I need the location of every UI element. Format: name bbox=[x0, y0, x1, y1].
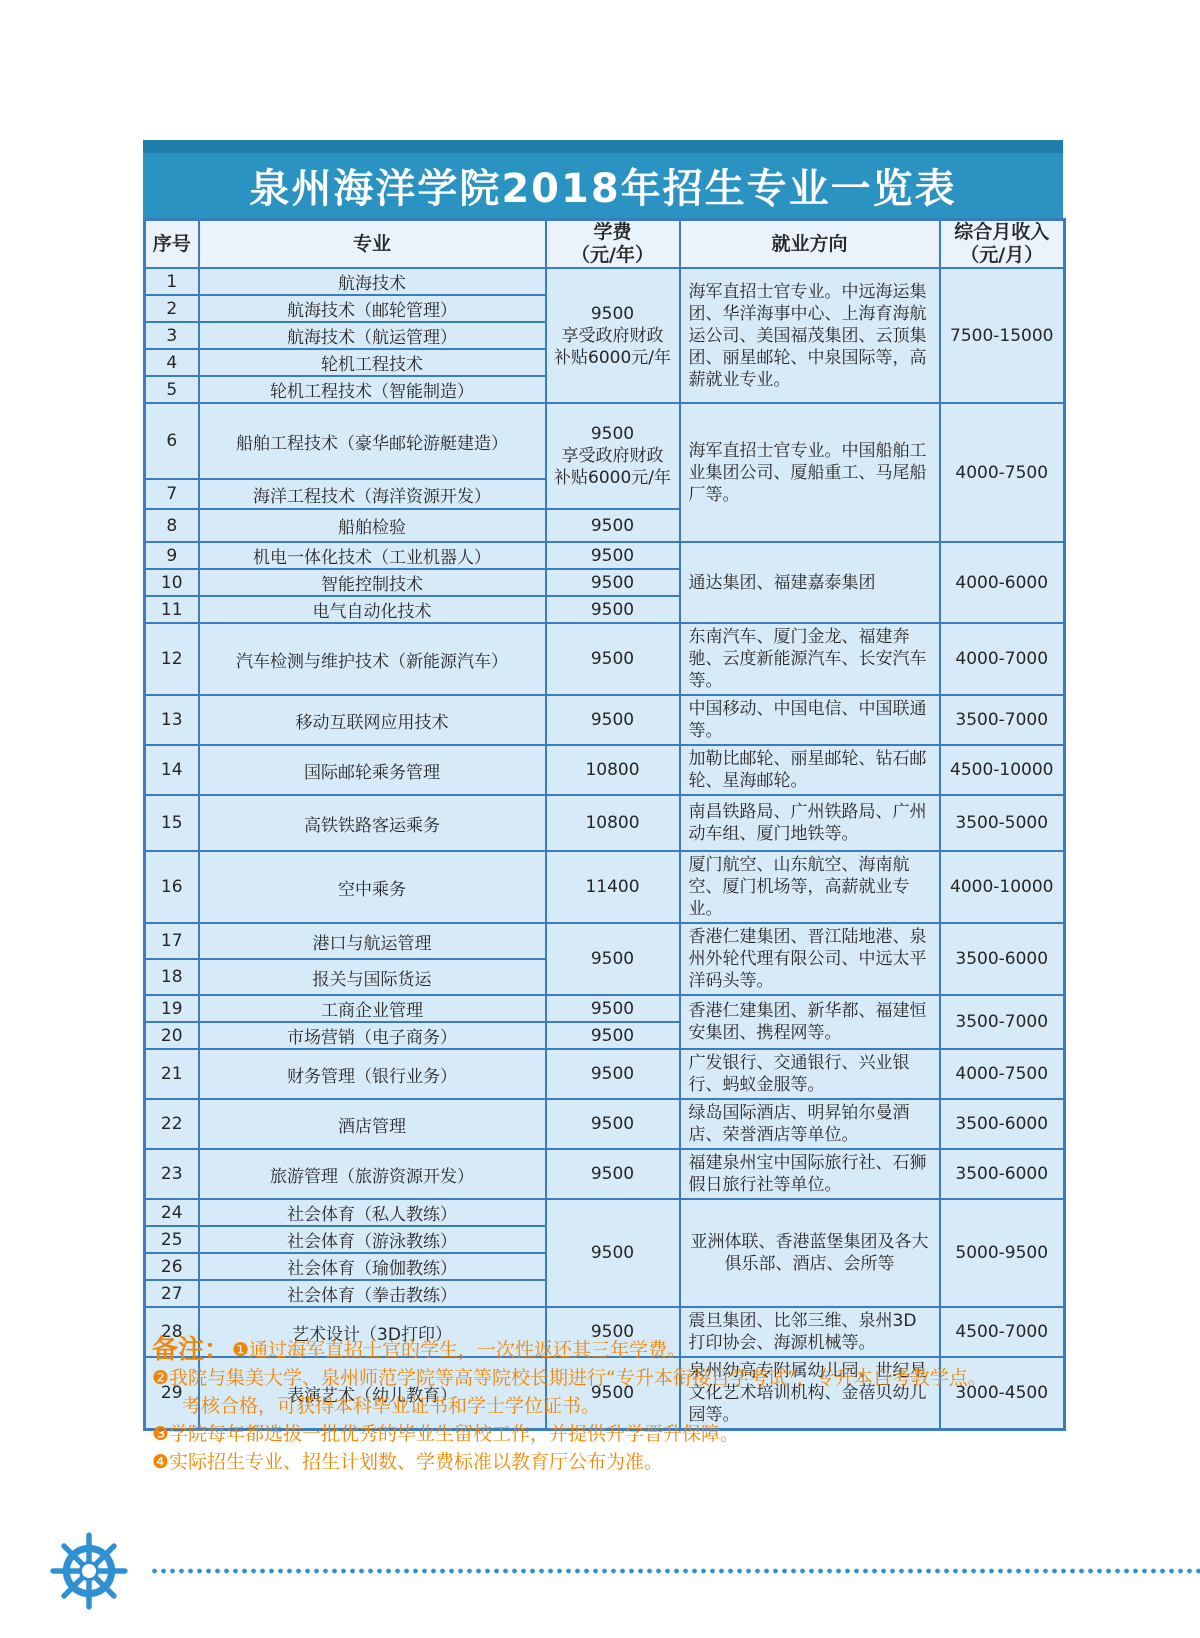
row-no: 19 bbox=[145, 995, 199, 1022]
header-major: 专业 bbox=[199, 220, 546, 269]
major-cell: 国际邮轮乘务管理 bbox=[199, 745, 546, 795]
header-no: 序号 bbox=[145, 220, 199, 269]
tuition-cell: 9500 bbox=[546, 1099, 680, 1149]
row-no: 18 bbox=[145, 959, 199, 995]
table-row: 23 旅游管理（旅游资源开发） 9500 福建泉州宝中国际旅行社、石狮假日旅行社… bbox=[145, 1149, 1065, 1199]
employment-cell: 通达集团、福建嘉泰集团 bbox=[680, 542, 940, 623]
row-no: 22 bbox=[145, 1099, 199, 1149]
note-line-3: ❸学院每年都选拔一批优秀的毕业生留校工作，并提供升学晋升保障。 bbox=[152, 1420, 1052, 1448]
tuition-cell: 9500 享受政府财政 补贴6000元/年 bbox=[546, 403, 680, 509]
note-line-2-continued: 考核合格，可获得本科毕业证书和学士学位证书。 bbox=[152, 1392, 1052, 1420]
row-no: 26 bbox=[145, 1253, 199, 1280]
page-title: 泉州海洋学院2018年招生专业一览表 bbox=[143, 153, 1063, 218]
table-row: 19 工商企业管理 9500 香港仁建集团、新华都、福建恒安集团、携程网等。 3… bbox=[145, 995, 1065, 1022]
major-cell: 海洋工程技术（海洋资源开发） bbox=[199, 479, 546, 509]
employment-cell: 亚洲体联、香港蓝堡集团及各大俱乐部、酒店、会所等 bbox=[680, 1199, 940, 1307]
row-no: 24 bbox=[145, 1199, 199, 1226]
row-no: 3 bbox=[145, 322, 199, 349]
income-cell: 4000-6000 bbox=[940, 542, 1065, 623]
table-row: 16 空中乘务 11400 厦门航空、山东航空、海南航空、厦门机场等，高薪就业专… bbox=[145, 851, 1065, 923]
row-no: 23 bbox=[145, 1149, 199, 1199]
table-row: 15 高铁铁路客运乘务 10800 南昌铁路局、广州铁路局、广州动车组、厦门地铁… bbox=[145, 795, 1065, 851]
employment-cell: 海军直招士官专业。中远海运集团、华洋海事中心、上海育海航运公司、美国福茂集团、云… bbox=[680, 268, 940, 403]
tuition-cell: 9500 bbox=[546, 1022, 680, 1049]
major-cell: 轮机工程技术 bbox=[199, 349, 546, 376]
income-cell: 3500-7000 bbox=[940, 995, 1065, 1049]
major-cell: 智能控制技术 bbox=[199, 569, 546, 596]
note-line-2: ❷我院与集美大学、泉州师范学院等高等院校长期进行“专升本衔接自学考试”，专升本自… bbox=[152, 1364, 1052, 1392]
employment-cell: 厦门航空、山东航空、海南航空、厦门机场等，高薪就业专业。 bbox=[680, 851, 940, 923]
tuition-cell: 9500 bbox=[546, 542, 680, 569]
notes-section: 备注： ❶通过海军直招士官的学生，一次性返还其三年学费。 ❷我院与集美大学、泉州… bbox=[152, 1336, 1052, 1476]
tuition-cell: 9500 bbox=[546, 923, 680, 995]
row-no: 5 bbox=[145, 376, 199, 403]
row-no: 14 bbox=[145, 745, 199, 795]
major-cell: 社会体育（瑜伽教练） bbox=[199, 1253, 546, 1280]
note-line-4: ❹实际招生专业、招生计划数、学费标准以教育厅公布为准。 bbox=[152, 1448, 1052, 1476]
major-cell: 社会体育（拳击教练） bbox=[199, 1280, 546, 1307]
major-cell: 航海技术（航运管理） bbox=[199, 322, 546, 349]
row-no: 17 bbox=[145, 923, 199, 959]
table-row: 22 酒店管理 9500 绿岛国际酒店、明昇铂尔曼酒店、荣誉酒店等单位。 350… bbox=[145, 1099, 1065, 1149]
header-row: 序号 专业 学费 （元/年） 就业方向 综合月收入 （元/月） bbox=[145, 220, 1065, 269]
row-no: 2 bbox=[145, 295, 199, 322]
tuition-cell: 9500 bbox=[546, 695, 680, 745]
employment-cell: 南昌铁路局、广州铁路局、广州动车组、厦门地铁等。 bbox=[680, 795, 940, 851]
note-text-1: ❶通过海军直招士官的学生，一次性返还其三年学费。 bbox=[232, 1336, 686, 1364]
major-cell: 航海技术（邮轮管理） bbox=[199, 295, 546, 322]
major-cell: 报关与国际货运 bbox=[199, 959, 546, 995]
table-row: 21 财务管理（银行业务） 9500 广发银行、交通银行、兴业银行、蚂蚁金服等。… bbox=[145, 1049, 1065, 1099]
income-cell: 4000-7000 bbox=[940, 623, 1065, 695]
employment-cell: 中国移动、中国电信、中国联通等。 bbox=[680, 695, 940, 745]
major-cell: 酒店管理 bbox=[199, 1099, 546, 1149]
tuition-cell: 10800 bbox=[546, 745, 680, 795]
tuition-cell: 9500 bbox=[546, 596, 680, 623]
header-income: 综合月收入 （元/月） bbox=[940, 220, 1065, 269]
row-no: 12 bbox=[145, 623, 199, 695]
row-no: 20 bbox=[145, 1022, 199, 1049]
employment-cell: 福建泉州宝中国际旅行社、石狮假日旅行社等单位。 bbox=[680, 1149, 940, 1199]
tuition-cell: 9500 bbox=[546, 995, 680, 1022]
major-cell: 旅游管理（旅游资源开发） bbox=[199, 1149, 546, 1199]
row-no: 15 bbox=[145, 795, 199, 851]
major-cell: 汽车检测与维护技术（新能源汽车） bbox=[199, 623, 546, 695]
tuition-cell: 9500 bbox=[546, 1199, 680, 1307]
income-cell: 4500-10000 bbox=[940, 745, 1065, 795]
major-cell: 社会体育（游泳教练） bbox=[199, 1226, 546, 1253]
tuition-cell: 11400 bbox=[546, 851, 680, 923]
employment-cell: 海军直招士官专业。中国船舶工业集团公司、厦船重工、马尾船厂等。 bbox=[680, 403, 940, 542]
major-cell: 高铁铁路客运乘务 bbox=[199, 795, 546, 851]
table-row: 17 港口与航运管理 9500 香港仁建集团、晋江陆地港、泉州外轮代理有限公司、… bbox=[145, 923, 1065, 959]
row-no: 16 bbox=[145, 851, 199, 923]
employment-cell: 东南汽车、厦门金龙、福建奔驰、云度新能源汽车、长安汽车等。 bbox=[680, 623, 940, 695]
income-cell: 4000-7500 bbox=[940, 403, 1065, 542]
row-no: 10 bbox=[145, 569, 199, 596]
tuition-cell: 9500 bbox=[546, 569, 680, 596]
table-row: 1 航海技术 9500 享受政府财政 补贴6000元/年 海军直招士官专业。中远… bbox=[145, 268, 1065, 295]
tuition-cell: 9500 bbox=[546, 1049, 680, 1099]
major-cell: 空中乘务 bbox=[199, 851, 546, 923]
major-cell: 财务管理（银行业务） bbox=[199, 1049, 546, 1099]
row-no: 7 bbox=[145, 479, 199, 509]
income-cell: 3500-6000 bbox=[940, 1149, 1065, 1199]
row-no: 6 bbox=[145, 403, 199, 479]
tuition-cell: 9500 bbox=[546, 1149, 680, 1199]
row-no: 8 bbox=[145, 509, 199, 542]
tuition-cell: 10800 bbox=[546, 795, 680, 851]
employment-cell: 香港仁建集团、新华都、福建恒安集团、携程网等。 bbox=[680, 995, 940, 1049]
employment-cell: 加勒比邮轮、丽星邮轮、钻石邮轮、星海邮轮。 bbox=[680, 745, 940, 795]
table-row: 12 汽车检测与维护技术（新能源汽车） 9500 东南汽车、厦门金龙、福建奔驰、… bbox=[145, 623, 1065, 695]
table-row: 14 国际邮轮乘务管理 10800 加勒比邮轮、丽星邮轮、钻石邮轮、星海邮轮。 … bbox=[145, 745, 1065, 795]
title-band-strip bbox=[143, 140, 1063, 153]
table-row: 13 移动互联网应用技术 9500 中国移动、中国电信、中国联通等。 3500-… bbox=[145, 695, 1065, 745]
table-row: 9 机电一体化技术（工业机器人） 9500 通达集团、福建嘉泰集团 4000-6… bbox=[145, 542, 1065, 569]
major-cell: 电气自动化技术 bbox=[199, 596, 546, 623]
income-cell: 4000-7500 bbox=[940, 1049, 1065, 1099]
note-line-1: 备注： ❶通过海军直招士官的学生，一次性返还其三年学费。 bbox=[152, 1336, 1052, 1364]
major-cell: 工商企业管理 bbox=[199, 995, 546, 1022]
income-cell: 3500-5000 bbox=[940, 795, 1065, 851]
major-cell: 社会体育（私人教练） bbox=[199, 1199, 546, 1226]
income-cell: 7500-15000 bbox=[940, 268, 1065, 403]
row-no: 11 bbox=[145, 596, 199, 623]
employment-cell: 广发银行、交通银行、兴业银行、蚂蚁金服等。 bbox=[680, 1049, 940, 1099]
dotted-divider bbox=[150, 1568, 1200, 1574]
major-cell: 船舶工程技术（豪华邮轮游艇建造） bbox=[199, 403, 546, 479]
income-cell: 3500-6000 bbox=[940, 923, 1065, 995]
major-cell: 机电一体化技术（工业机器人） bbox=[199, 542, 546, 569]
major-cell: 移动互联网应用技术 bbox=[199, 695, 546, 745]
row-no: 21 bbox=[145, 1049, 199, 1099]
major-cell: 港口与航运管理 bbox=[199, 923, 546, 959]
row-no: 4 bbox=[145, 349, 199, 376]
row-no: 1 bbox=[145, 268, 199, 295]
table-row: 24 社会体育（私人教练） 9500 亚洲体联、香港蓝堡集团及各大俱乐部、酒店、… bbox=[145, 1199, 1065, 1226]
title-band: 泉州海洋学院2018年招生专业一览表 bbox=[143, 140, 1063, 218]
row-no: 13 bbox=[145, 695, 199, 745]
row-no: 27 bbox=[145, 1280, 199, 1307]
table-row: 6 船舶工程技术（豪华邮轮游艇建造） 9500 享受政府财政 补贴6000元/年… bbox=[145, 403, 1065, 479]
major-cell: 船舶检验 bbox=[199, 509, 546, 542]
majors-table: 序号 专业 学费 （元/年） 就业方向 综合月收入 （元/月） 1 航海技术 9… bbox=[143, 218, 1066, 1431]
row-no: 9 bbox=[145, 542, 199, 569]
income-cell: 3500-7000 bbox=[940, 695, 1065, 745]
notes-label: 备注： bbox=[152, 1336, 230, 1364]
employment-cell: 绿岛国际酒店、明昇铂尔曼酒店、荣誉酒店等单位。 bbox=[680, 1099, 940, 1149]
row-no: 25 bbox=[145, 1226, 199, 1253]
major-cell: 市场营销（电子商务） bbox=[199, 1022, 546, 1049]
ship-wheel-icon bbox=[50, 1532, 128, 1610]
tuition-cell: 9500 bbox=[546, 623, 680, 695]
header-employment: 就业方向 bbox=[680, 220, 940, 269]
tuition-cell: 9500 享受政府财政 补贴6000元/年 bbox=[546, 268, 680, 403]
major-cell: 轮机工程技术（智能制造） bbox=[199, 376, 546, 403]
major-cell: 航海技术 bbox=[199, 268, 546, 295]
employment-cell: 香港仁建集团、晋江陆地港、泉州外轮代理有限公司、中远太平洋码头等。 bbox=[680, 923, 940, 995]
income-cell: 4000-10000 bbox=[940, 851, 1065, 923]
tuition-cell: 9500 bbox=[546, 509, 680, 542]
header-tuition: 学费 （元/年） bbox=[546, 220, 680, 269]
poster-page: 泉州海洋学院2018年招生专业一览表 序号 专业 学费 （元/年） 就业方向 综… bbox=[0, 0, 1200, 1638]
income-cell: 5000-9500 bbox=[940, 1199, 1065, 1307]
income-cell: 3500-6000 bbox=[940, 1099, 1065, 1149]
